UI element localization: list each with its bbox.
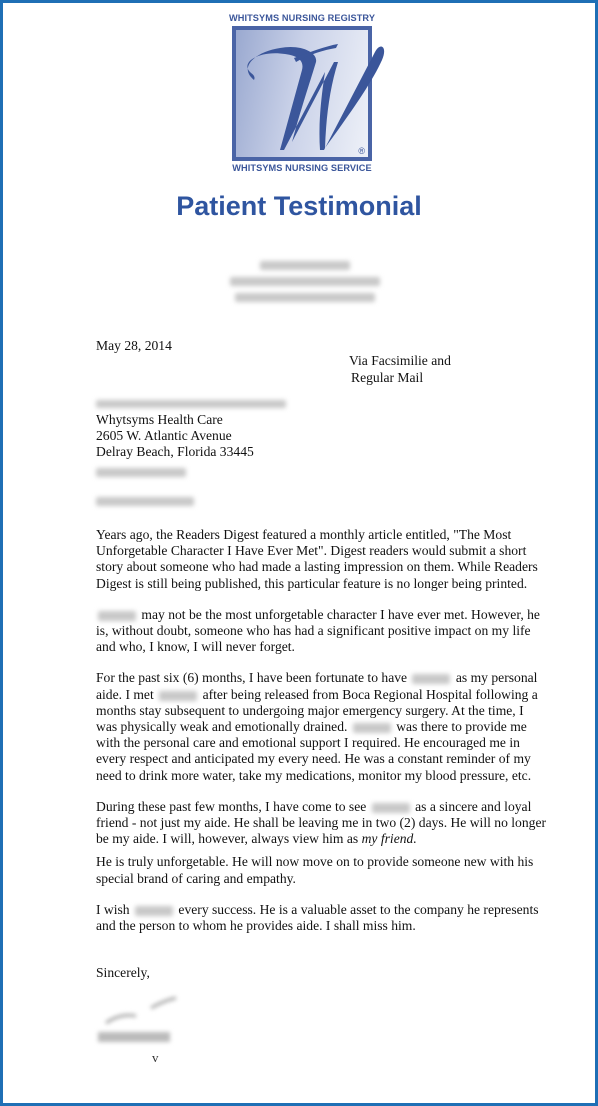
- paragraph-text: may not be the most unforgetable charact…: [96, 607, 540, 654]
- paragraph-text: For the past six (6) months, I have been…: [96, 670, 407, 685]
- paragraph-1: Years ago, the Readers Digest featured a…: [96, 527, 546, 592]
- paragraph-2: may not be the most unforgetable charact…: [96, 607, 546, 656]
- redacted-block: [96, 497, 194, 506]
- logo-monogram-box: ®: [232, 26, 372, 161]
- paragraph-4: During these past few months, I have com…: [96, 799, 546, 848]
- recipient-line: Delray Beach, Florida 33445: [96, 444, 286, 460]
- re-line-redacted: [96, 464, 186, 480]
- recipient-line: Whytsyms Health Care: [96, 412, 286, 428]
- document-page: WHITSYMS NURSING REGISTRY ® WHITSYMS NUR…: [0, 0, 598, 1106]
- redacted-name: [159, 691, 197, 701]
- delivery-line: Regular Mail: [349, 369, 451, 386]
- logo-bottom-text: WHITSYMS NURSING SERVICE: [227, 163, 377, 173]
- paragraph-6: I wish every success. He is a valuable a…: [96, 902, 546, 934]
- paragraph-3: For the past six (6) months, I have been…: [96, 670, 546, 783]
- signature-mark: v: [152, 1050, 159, 1066]
- redacted-name: [412, 674, 450, 684]
- script-w-icon: [230, 32, 390, 162]
- paragraph-5: He is truly unforgetable. He will now mo…: [96, 854, 546, 886]
- letter-date: May 28, 2014: [96, 338, 172, 354]
- redacted-name: [372, 803, 410, 813]
- redacted-block: [230, 277, 380, 286]
- signature-scribble-icon: [96, 988, 191, 1048]
- recipient-line: 2605 W. Atlantic Avenue: [96, 428, 286, 444]
- salutation-redacted: [96, 493, 194, 509]
- company-logo: WHITSYMS NURSING REGISTRY ® WHITSYMS NUR…: [227, 13, 377, 173]
- closing: Sincerely,: [96, 965, 150, 981]
- logo-top-text: WHITSYMS NURSING REGISTRY: [227, 13, 377, 23]
- redacted-name: [353, 723, 391, 733]
- page-title: Patient Testimonial: [3, 191, 595, 222]
- paragraph-text: I wish: [96, 902, 130, 917]
- registered-mark: ®: [358, 146, 365, 156]
- redacted-name: [135, 906, 173, 916]
- redacted-name: [98, 611, 136, 621]
- emphasis-text: my friend.: [362, 831, 417, 846]
- letter-paragraphs: Years ago, the Readers Digest featured a…: [96, 527, 546, 949]
- delivery-method: Via Facsimilie and Regular Mail: [349, 352, 451, 386]
- redacted-attention-line: [96, 400, 286, 408]
- delivery-line: Via Facsimilie and: [349, 352, 451, 369]
- redacted-block: [260, 261, 350, 270]
- redacted-block: [235, 293, 375, 302]
- redacted-block: [96, 468, 186, 477]
- signature-redacted: v: [96, 988, 191, 1048]
- paragraph-text: During these past few months, I have com…: [96, 799, 366, 814]
- sender-address-redacted: [225, 261, 385, 309]
- recipient-address: Whytsyms Health Care 2605 W. Atlantic Av…: [96, 396, 286, 460]
